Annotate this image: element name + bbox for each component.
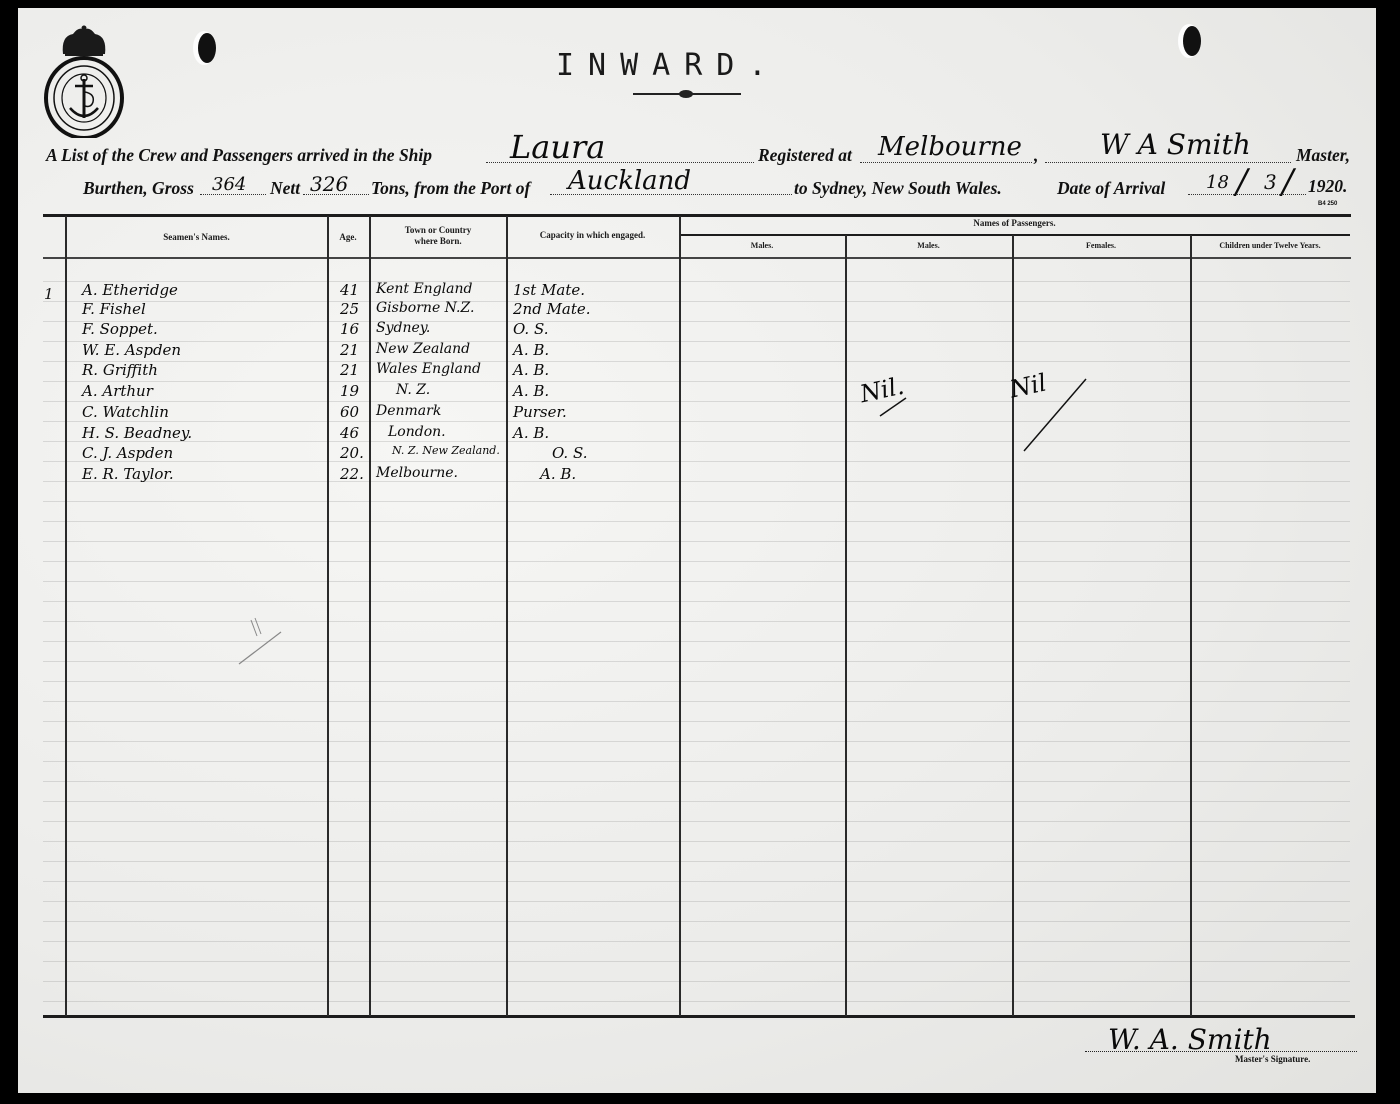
seaman-name: A. Arthur: [82, 382, 153, 400]
seaman-age: 19: [340, 382, 359, 400]
col-header-children: Children under Twelve Years.: [1190, 240, 1350, 251]
shipping-masters-seal: [43, 24, 125, 138]
nett-label: Nett: [270, 178, 300, 199]
col-header-females: Females.: [1012, 240, 1190, 251]
col-header-capacity: Capacity in which engaged.: [506, 230, 679, 241]
col-header-males-1: Males.: [679, 240, 845, 251]
table-row: F. Fishel 25 Gisborne N.Z. 2nd Mate.: [0, 300, 700, 320]
table-row: C. Watchlin 60 Denmark Purser.: [0, 403, 700, 423]
seaman-name: F. Soppet.: [82, 320, 158, 338]
port-from-value: Auckland: [568, 166, 691, 196]
table-top-rule: [43, 214, 1351, 217]
date-of-arrival-label: Date of Arrival: [1057, 178, 1165, 199]
master-label: Master,: [1296, 145, 1350, 166]
seaman-birthplace: New Zealand: [376, 341, 470, 357]
seaman-capacity: 2nd Mate.: [513, 300, 591, 318]
nil-strike-mark-males: [878, 390, 908, 420]
seaman-age: 22.: [340, 465, 364, 483]
list-intro-label: A List of the Crew and Passengers arrive…: [46, 145, 432, 166]
signature-dotted-line: [1085, 1051, 1357, 1052]
table-row: A. Etheridge 41 Kent England 1st Mate.: [0, 281, 700, 301]
table-row: F. Soppet. 16 Sydney. O. S.: [0, 320, 700, 340]
seaman-birthplace: Wales England: [376, 361, 481, 377]
seaman-age: 20.: [340, 444, 364, 462]
seaman-birthplace: N. Z.: [396, 382, 430, 398]
seaman-capacity: O. S.: [513, 320, 548, 338]
seaman-age: 21: [340, 341, 359, 359]
seaman-capacity: 1st Mate.: [513, 281, 585, 299]
registered-at-value: Melbourne: [878, 132, 1022, 162]
seaman-age: 46: [340, 424, 359, 442]
seaman-birthplace: Sydney.: [376, 320, 430, 336]
seaman-name: A. Etheridge: [82, 281, 178, 299]
anchor-crown-seal-icon: [43, 24, 125, 138]
seaman-age: 41: [340, 281, 359, 299]
master-name-value: W A Smith: [1100, 128, 1251, 161]
seaman-age: 25: [340, 300, 359, 318]
table-row: E. R. Taylor. 22. Melbourne. A. B.: [0, 465, 700, 485]
seaman-name: W. E. Aspden: [82, 341, 181, 359]
seaman-capacity: A. B.: [513, 341, 549, 359]
passengers-subheader-rule: [679, 234, 1350, 236]
seaman-capacity: O. S.: [552, 444, 587, 462]
col-rule-females-left: [1012, 235, 1014, 1016]
punch-hole-left: [198, 33, 216, 63]
seaman-capacity: A. B.: [513, 361, 549, 379]
master-signature-label: Master's Signature.: [1235, 1054, 1310, 1064]
gross-tonnage-value: 364: [212, 174, 246, 195]
seaman-capacity: A. B.: [513, 382, 549, 400]
table-row: H. S. Beadney. 46 London. A. B.: [0, 424, 700, 444]
col-header-born: Town or Country where Born.: [392, 225, 484, 247]
seaman-birthplace: Melbourne.: [376, 465, 458, 481]
destination-label: to Sydney, New South Wales.: [794, 178, 1002, 199]
seaman-name: R. Griffith: [82, 361, 158, 379]
registered-at-label: Registered at: [758, 145, 852, 166]
seaman-birthplace: London.: [388, 424, 446, 440]
seaman-name: H. S. Beadney.: [82, 424, 192, 442]
seaman-birthplace: Denmark: [376, 403, 441, 419]
table-bottom-rule: [43, 1015, 1355, 1018]
registered-dotted-line: [860, 162, 1032, 163]
seaman-age: 16: [340, 320, 359, 338]
burthen-gross-label: Burthen, Gross: [83, 178, 194, 199]
seaman-capacity: A. B.: [513, 424, 549, 442]
date-slash-1: /: [1236, 162, 1247, 202]
col-header-seamens-names: Seamen's Names.: [66, 232, 327, 243]
seaman-name: E. R. Taylor.: [82, 465, 174, 483]
col-header-age: Age.: [327, 232, 369, 243]
arrival-month-value: 3: [1264, 170, 1277, 194]
nil-strike-mark-females: [1020, 375, 1090, 455]
seaman-birthplace: Gisborne N.Z.: [376, 300, 474, 316]
seaman-birthplace: Kent England: [376, 281, 472, 297]
form-number: B4 250: [1318, 201, 1337, 207]
ship-name-value: Laura: [510, 128, 605, 166]
port-from-label: Tons, from the Port of: [371, 178, 530, 199]
seaman-name: F. Fishel: [82, 300, 146, 318]
header-bottom-rule: [43, 257, 1351, 259]
master-dotted-line: [1045, 162, 1291, 163]
title-ornament-rule: [633, 93, 741, 95]
seaman-capacity: Purser.: [513, 403, 567, 421]
arrival-year-value: 1920.: [1308, 176, 1347, 197]
table-row: C. J. Aspden 20. N. Z. New Zealand. O. S…: [0, 444, 700, 464]
nett-tonnage-value: 326: [310, 172, 348, 196]
table-row: A. Arthur 19 N. Z. A. B.: [0, 382, 700, 402]
table-row: R. Griffith 21 Wales England A. B.: [0, 361, 700, 381]
date-slash-2: /: [1282, 162, 1293, 202]
seaman-age: 60: [340, 403, 359, 421]
seaman-name: C. J. Aspden: [82, 444, 173, 462]
col-header-males-2: Males.: [845, 240, 1012, 251]
arrival-day-value: 18: [1206, 172, 1229, 193]
seaman-name: C. Watchlin: [82, 403, 169, 421]
comma: ,: [1034, 145, 1038, 166]
punch-hole-right: [1183, 26, 1201, 56]
page-title: INWARD.: [556, 48, 780, 83]
col-rule-males2-left: [845, 235, 847, 1016]
seaman-age: 21: [340, 361, 359, 379]
col-header-passengers-group: Names of Passengers.: [679, 218, 1350, 229]
col-rule-children-left: [1190, 235, 1192, 1016]
seaman-capacity: A. B.: [540, 465, 576, 483]
table-row: W. E. Aspden 21 New Zealand A. B.: [0, 341, 700, 361]
seaman-birthplace: N. Z. New Zealand.: [392, 444, 500, 457]
pencil-tick-mark: [235, 610, 285, 670]
